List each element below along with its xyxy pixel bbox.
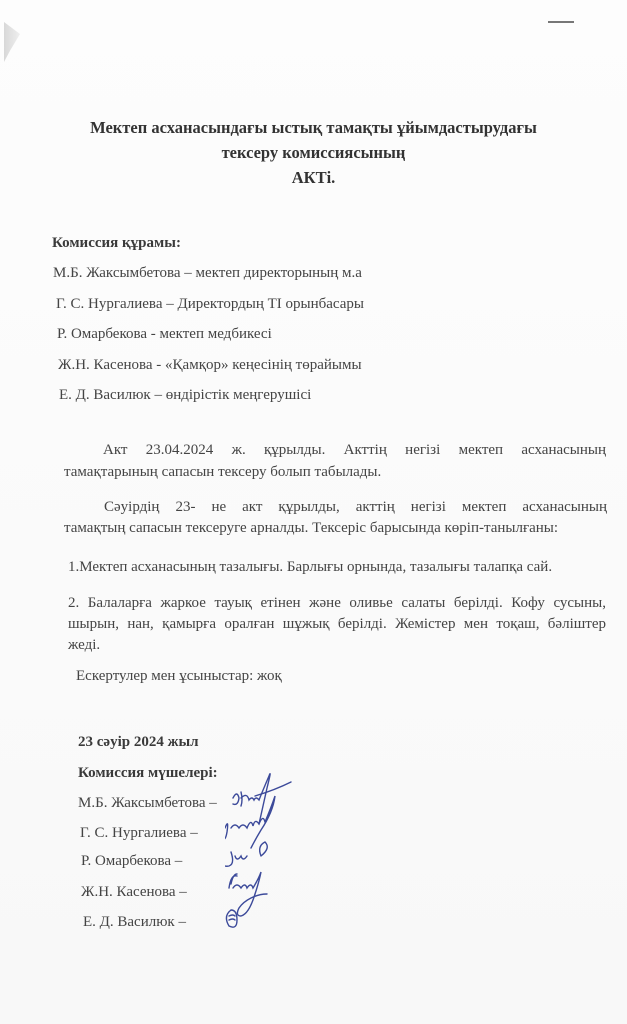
paragraph2-line1: Сәуірдің 23- не акт құрылды, акттің негі… — [104, 497, 607, 518]
signatory-line: Е. Д. Василюк – — [83, 914, 186, 931]
document-title-line2: тексеру комиссиясының — [0, 143, 627, 163]
finding-item-2-line1: 2. Балаларға жаркое тауық етінен және ол… — [68, 593, 606, 614]
act-date: 23 сәуір 2024 жыл — [78, 734, 199, 751]
signatory-line: Р. Омарбекова – — [81, 853, 182, 870]
commission-member: М.Б. Жаксымбетова – мектеп директорының … — [53, 265, 362, 282]
paragraph2-line2: тамақтың сапасын тексеруге арналды. Текс… — [64, 518, 558, 539]
members-heading: Комиссия мүшелері: — [78, 765, 218, 782]
document-page: Мектеп асханасындағы ыстық тамақты ұйымд… — [0, 0, 627, 1024]
finding-item-1: 1.Мектеп асханасының тазалығы. Барлығы о… — [68, 557, 552, 578]
document-title-line3: АКТі. — [0, 168, 627, 188]
commission-member: Г. С. Нургалиева – Директордың ТІ орынба… — [56, 296, 364, 313]
document-title-line1: Мектеп асханасындағы ыстық тамақты ұйымд… — [0, 118, 627, 138]
signatory-line: Г. С. Нургалиева – — [80, 825, 198, 842]
paragraph1-line2: тамақтарының сапасын тексеру болып табыл… — [64, 462, 381, 483]
commission-member: Р. Омарбекова - мектеп медбикесі — [57, 326, 272, 343]
scan-mark — [548, 21, 574, 23]
finding-item-2-line3: жеді. — [68, 635, 100, 656]
finding-item-2-line2: шырын, нан, қамырға оралған шұжық берілд… — [68, 614, 606, 635]
signatory-line: Ж.Н. Касенова – — [81, 884, 187, 901]
commission-member: Ж.Н. Касенова - «Қамқор» кеңесінің төрай… — [58, 357, 362, 374]
paragraph1-line1: Акт 23.04.2024 ж. құрылды. Акттің негізі… — [103, 440, 606, 461]
remarks: Ескертулер мен ұсыныстар: жоқ — [76, 666, 282, 687]
signatory-line: М.Б. Жаксымбетова – — [78, 795, 217, 812]
commission-member: Е. Д. Василюк – өндірістік меңгерушісі — [59, 387, 311, 404]
folded-corner — [4, 22, 20, 62]
handwritten-signatures — [225, 770, 315, 945]
commission-heading: Комиссия құрамы: — [52, 235, 181, 252]
